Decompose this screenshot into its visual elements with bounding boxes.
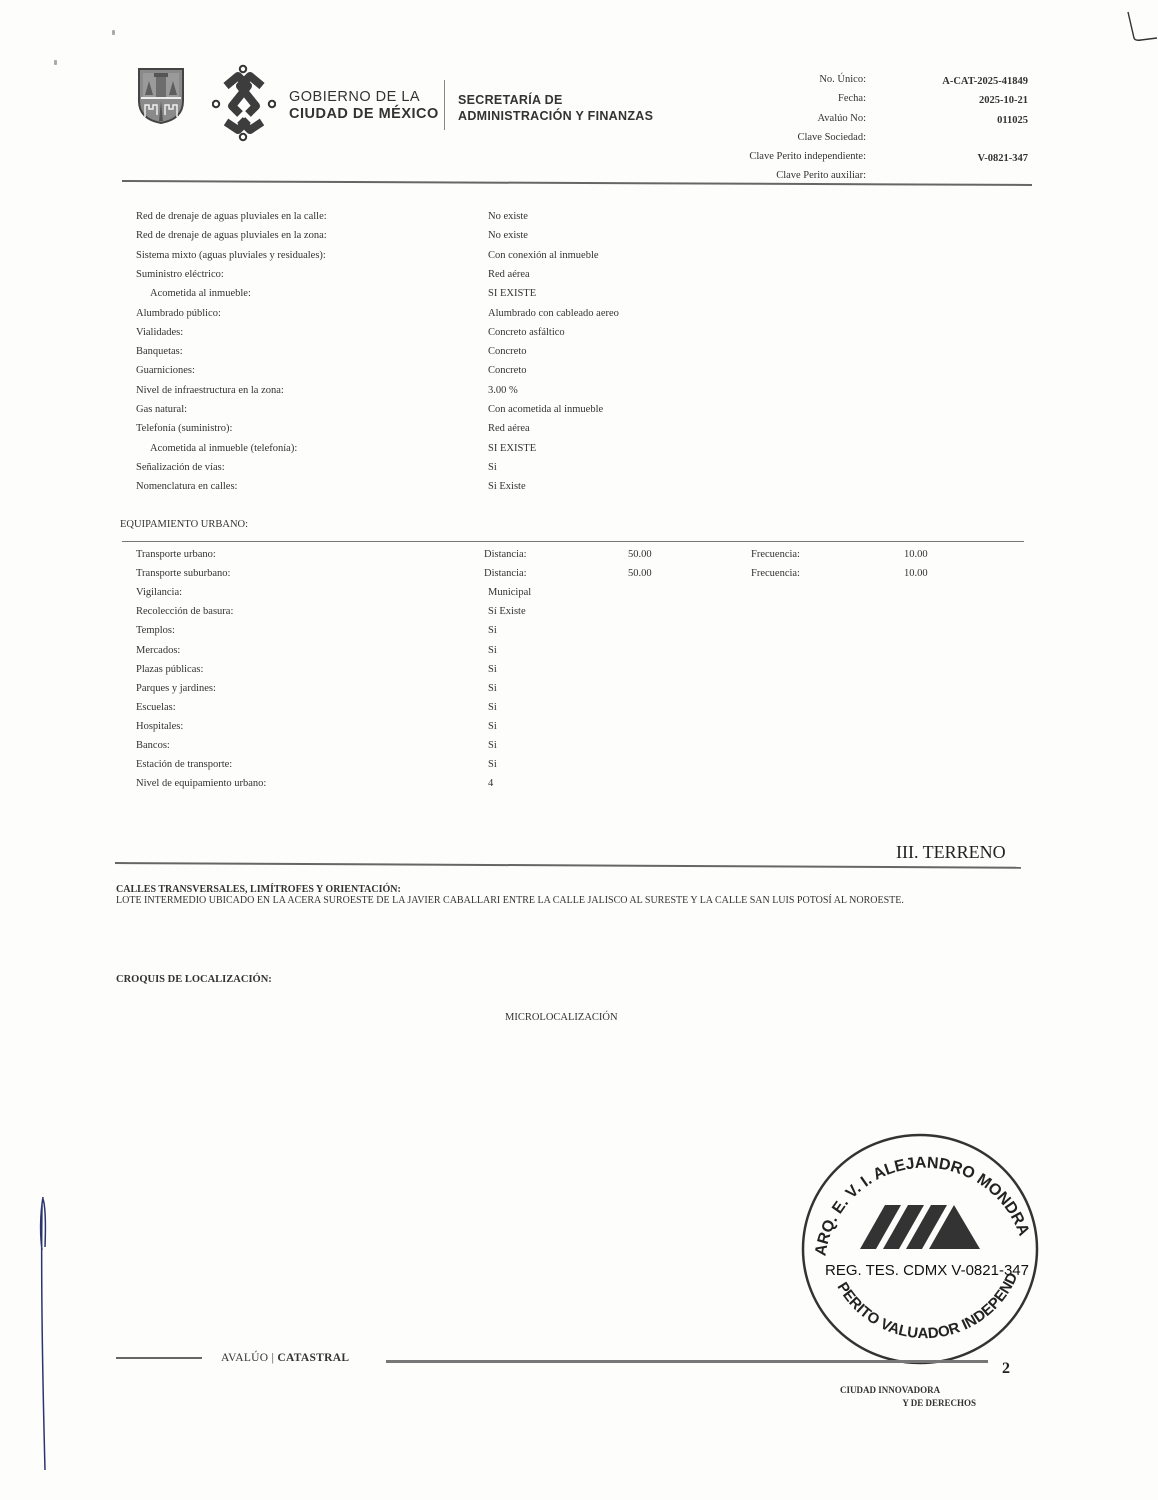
equipamiento-value: Si: [488, 645, 497, 656]
infra-row: Nivel de infraestructura en la zona:3.00…: [136, 385, 1036, 404]
pen-mark: [36, 1195, 56, 1475]
meta-labels: No. Único: Fecha: Avalúo No: Clave Socie…: [700, 70, 866, 186]
infra-value: Si: [488, 462, 497, 473]
equipamiento-label: Escuelas:: [136, 702, 176, 713]
microlocalizacion-title: MICROLOCALIZACIÓN: [505, 1012, 618, 1023]
infra-value: SI EXISTE: [488, 288, 536, 299]
equipamiento-label: Bancos:: [136, 740, 170, 751]
avaluo-no-value: 011025: [880, 111, 1028, 130]
infra-row: Suministro eléctrico:Red aérea: [136, 269, 1036, 288]
infra-label: Guarniciones:: [136, 365, 195, 376]
meta-label: Fecha:: [700, 89, 866, 108]
equipamiento-label: Mercados:: [136, 645, 180, 656]
distancia-label: Distancia:: [484, 549, 527, 560]
meta-label: Clave Perito independiente:: [700, 147, 866, 166]
infra-value: SI EXISTE: [488, 443, 536, 454]
infra-row: Acometida al inmueble:SI EXISTE: [136, 288, 1036, 307]
infra-row: Guarniciones:Concreto: [136, 365, 1036, 384]
infra-label: Acometida al inmueble (telefonía):: [150, 443, 297, 454]
equipamiento-value: Si: [488, 721, 497, 732]
infra-value: Concreto: [488, 346, 527, 357]
frecuencia-label: Frecuencia:: [751, 568, 800, 579]
equipamiento-row: Nivel de equipamiento urbano:4: [136, 778, 1036, 797]
infra-value: 3.00 %: [488, 385, 518, 396]
infra-row: Vialidades:Concreto asfáltico: [136, 327, 1036, 346]
croquis-title: CROQUIS DE LOCALIZACIÓN:: [116, 974, 272, 985]
infra-row: Gas natural:Con acometida al inmueble: [136, 404, 1036, 423]
equipamiento-value: Municipal: [488, 587, 531, 598]
infra-value: Red aérea: [488, 423, 530, 434]
equipamiento-row: Plazas públicas:Si: [136, 664, 1036, 683]
page-corner-mark: [1125, 10, 1157, 42]
footer-label: AVALÚO | CATASTRAL: [221, 1352, 349, 1364]
infra-label: Vialidades:: [136, 327, 183, 338]
infra-row: Nomenclatura en calles:Si Existe: [136, 481, 1036, 500]
cdmx-knot-icon: [212, 64, 276, 142]
equipamiento-label: Parques y jardines:: [136, 683, 216, 694]
transport-label: Transporte urbano:: [136, 549, 216, 560]
equipamiento-row: Recolección de basura:Sí Existe: [136, 606, 1036, 625]
frecuencia-label: Frecuencia:: [751, 549, 800, 560]
infra-value: Alumbrado con cableado aereo: [488, 308, 619, 319]
infra-label: Gas natural:: [136, 404, 187, 415]
stamp-registro: REG. TES. CDMX V-0821-347: [825, 1262, 1029, 1279]
infra-row: Acometida al inmueble (telefonía):SI EXI…: [136, 443, 1036, 462]
meta-label: No. Único:: [700, 70, 866, 89]
header-divider: [444, 80, 445, 130]
calles-title: CALLES TRANSVERSALES, LIMÍTROFES Y ORIEN…: [116, 884, 401, 895]
infra-value: Con conexión al inmueble: [488, 250, 599, 261]
equipamiento-row: Templos:Si: [136, 625, 1036, 644]
equipamiento-label: Plazas públicas:: [136, 664, 203, 675]
distancia-value: 50.00: [628, 568, 652, 579]
equipamiento-label: Recolección de basura:: [136, 606, 233, 617]
equipamiento-value: Si: [488, 702, 497, 713]
infra-value: Con acometida al inmueble: [488, 404, 603, 415]
infra-value: No existe: [488, 211, 528, 222]
secretaria-line-1: SECRETARÍA DE: [458, 92, 653, 108]
cdmx-shield-icon: [137, 67, 185, 125]
clave-sociedad-value: [880, 130, 1028, 149]
infra-label: Suministro eléctrico:: [136, 269, 224, 280]
infra-row: Telefonía (suministro):Red aérea: [136, 423, 1036, 442]
frecuencia-value: 10.00: [904, 549, 928, 560]
infra-label: Nivel de infraestructura en la zona:: [136, 385, 284, 396]
equipamiento-label: Estación de transporte:: [136, 759, 232, 770]
no-unico-value: A-CAT-2025-41849: [880, 72, 1028, 91]
infra-row: Sistema mixto (aguas pluviales y residua…: [136, 250, 1036, 269]
gov-line-2: CIUDAD DE MÉXICO: [289, 106, 439, 123]
infra-row: Red de drenaje de aguas pluviales en la …: [136, 230, 1036, 249]
infra-label: Banquetas:: [136, 346, 183, 357]
infra-label: Acometida al inmueble:: [150, 288, 251, 299]
stamp-roof-icon: [860, 1205, 980, 1249]
infra-value: Concreto: [488, 365, 527, 376]
transport-label: Transporte suburbano:: [136, 568, 230, 579]
infra-row: Señalización de vías:Si: [136, 462, 1036, 481]
distancia-label: Distancia:: [484, 568, 527, 579]
page-number: 2: [1002, 1360, 1010, 1378]
infra-value: Concreto asfáltico: [488, 327, 565, 338]
transport-row: Transporte urbano:Distancia:50.00Frecuen…: [136, 549, 1036, 568]
equipamiento-label: Templos:: [136, 625, 175, 636]
infra-row: Banquetas:Concreto: [136, 346, 1036, 365]
footer-label-sep: |: [272, 1352, 275, 1364]
motto-line-1: CIUDAD INNOVADORA: [840, 1385, 940, 1395]
footer-motto: CIUDAD INNOVADORA Y DE DERECHOS: [840, 1384, 976, 1410]
perito-stamp: ARQ. E. V. I. ALEJANDRO MONDRAGON GOMEZ …: [795, 1127, 1045, 1372]
government-name: GOBIERNO DE LA CIUDAD DE MÉXICO: [289, 89, 439, 123]
infra-label: Nomenclatura en calles:: [136, 481, 237, 492]
equipamiento-row: Estación de transporte:Si: [136, 759, 1036, 778]
equipamiento-label: Nivel de equipamiento urbano:: [136, 778, 266, 789]
equipamiento-value: Si: [488, 683, 497, 694]
equipamiento-title: EQUIPAMIENTO URBANO:: [120, 519, 248, 530]
scan-speck: [112, 30, 115, 35]
infra-row: Red de drenaje de aguas pluviales en la …: [136, 211, 1036, 230]
infra-label: Alumbrado público:: [136, 308, 221, 319]
equipamiento-row: Mercados:Si: [136, 645, 1036, 664]
equipamiento-rule: [122, 541, 1024, 542]
frecuencia-value: 10.00: [904, 568, 928, 579]
equipamiento-value: Sí Existe: [488, 606, 526, 617]
infra-value: No existe: [488, 230, 528, 241]
equipamiento-value: Si: [488, 740, 497, 751]
infra-label: Red de drenaje de aguas pluviales en la …: [136, 211, 327, 222]
equipamiento-value: Si: [488, 625, 497, 636]
infra-label: Señalización de vías:: [136, 462, 225, 473]
equipamiento-row: Vigilancia:Municipal: [136, 587, 1036, 606]
infra-row: Alumbrado público:Alumbrado con cableado…: [136, 308, 1036, 327]
infra-label: Red de drenaje de aguas pluviales en la …: [136, 230, 327, 241]
footer-label-2: CATASTRAL: [277, 1352, 349, 1364]
infra-label: Sistema mixto (aguas pluviales y residua…: [136, 250, 326, 261]
gov-line-1: GOBIERNO DE LA: [289, 89, 439, 106]
meta-label: Avalúo No:: [700, 109, 866, 128]
footer-rule-left: [116, 1357, 202, 1359]
fecha-value: 2025-10-21: [880, 91, 1028, 110]
clave-perito-value: V-0821-347: [880, 149, 1028, 168]
secretaria-line-2: ADMINISTRACIÓN Y FINANZAS: [458, 108, 653, 124]
meta-values: A-CAT-2025-41849 2025-10-21 011025 V-082…: [880, 72, 1028, 188]
equipamiento-value: Si: [488, 759, 497, 770]
meta-label: Clave Sociedad:: [700, 128, 866, 147]
infra-value: Si Existe: [488, 481, 526, 492]
footer-rule-right: [386, 1360, 988, 1363]
equipamiento-label: Vigilancia:: [136, 587, 182, 598]
infra-value: Red aérea: [488, 269, 530, 280]
scan-speck: [54, 60, 57, 65]
terreno-rule: [115, 862, 1021, 869]
equipamiento-value: Si: [488, 664, 497, 675]
equipamiento-row: Escuelas:Si: [136, 702, 1036, 721]
footer-label-1: AVALÚO: [221, 1352, 268, 1364]
equipamiento-row: Parques y jardines:Si: [136, 683, 1036, 702]
transport-row: Transporte suburbano:Distancia:50.00Frec…: [136, 568, 1036, 587]
equipamiento-value: 4: [488, 778, 493, 789]
equipamiento-row: Bancos:Si: [136, 740, 1036, 759]
equipamiento-label: Hospitales:: [136, 721, 183, 732]
motto-line-2: Y DE DERECHOS: [840, 1397, 976, 1410]
distancia-value: 50.00: [628, 549, 652, 560]
infra-label: Telefonía (suministro):: [136, 423, 232, 434]
terreno-section-title: III. TERRENO: [896, 842, 1006, 863]
calles-description: LOTE INTERMEDIO UBICADO EN LA ACERA SURO…: [116, 895, 1016, 906]
secretaria-name: SECRETARÍA DE ADMINISTRACIÓN Y FINANZAS: [458, 92, 653, 124]
equipamiento-row: Hospitales:Si: [136, 721, 1036, 740]
